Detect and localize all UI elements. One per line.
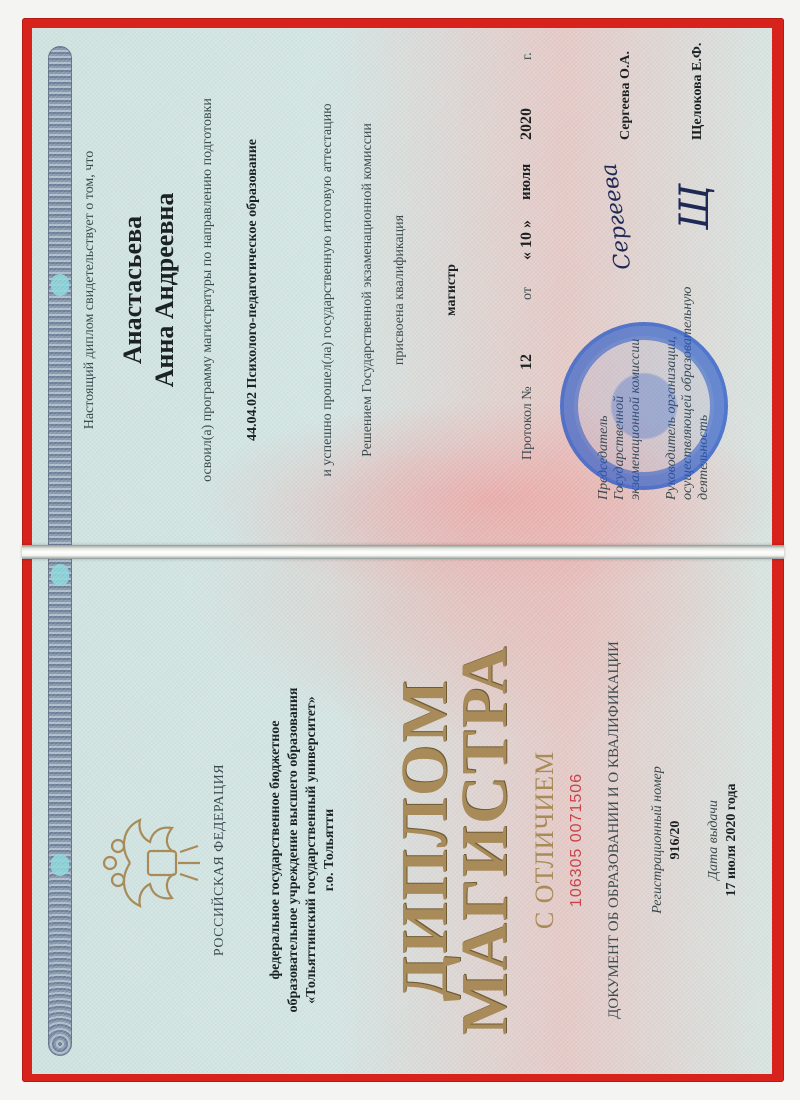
document-type: ДОКУМЕНТ ОБ ОБРАЗОВАНИИ И О КВАЛИФИКАЦИИ [606, 600, 623, 1060]
year-suffix: г. [520, 52, 536, 60]
diploma-scan: РОССИЙСКАЯ ФЕДЕРАЦИЯ федеральное государ… [0, 0, 800, 1100]
honors-label: С ОТЛИЧИЕМ [530, 680, 560, 1000]
protocol-day: « 10 » [518, 220, 536, 260]
protocol-from: от [520, 287, 536, 300]
mastered-text: освоил(а) программу магистратуры по напр… [200, 60, 216, 520]
issue-date-label: Дата выдачи [706, 720, 722, 960]
binding-cord [22, 545, 784, 559]
head-signature: Щ [672, 184, 718, 230]
protocol-month: июля [518, 164, 535, 200]
chair-name: Сергеева О.А. [618, 51, 634, 140]
registration-label: Регистрационный номер [650, 720, 666, 960]
protocol-label: Протокол № [520, 386, 536, 460]
program-name: 44.04.02 Психолого-педагогическое образо… [245, 60, 261, 520]
diploma-title-line-2: МАГИСТРА [452, 620, 518, 1060]
attestation-text: и успешно прошел(ла) государственную ито… [320, 60, 336, 520]
recipient-given-names: Анна Андреевна [150, 80, 180, 500]
institution-line-2: образовательное учреждение высшего образ… [286, 650, 302, 1050]
protocol-year: 2020 [518, 108, 536, 140]
issue-date: 17 июля 2020 года [724, 720, 740, 960]
intro-text: Настоящий диплом свидетельствует о том, … [82, 80, 98, 500]
qualification: магистр [444, 60, 460, 520]
double-headed-eagle-emblem-icon [100, 808, 210, 918]
serial-number: 106305 0071506 [568, 710, 586, 970]
country-name: РОССИЙСКАЯ ФЕДЕРАЦИЯ [212, 740, 228, 980]
recipient-surname: Анастасьева [118, 80, 148, 500]
institution-line-3: «Тольяттинский государственный университ… [304, 650, 320, 1050]
diploma-spread: РОССИЙСКАЯ ФЕДЕРАЦИЯ федеральное государ… [0, 0, 800, 1100]
institution-city: г.о. Тольятти [322, 650, 338, 1050]
official-seal-stamp-icon [560, 322, 728, 490]
protocol-number: 12 [518, 354, 536, 370]
institution-line-1: федеральное государственное бюджетное [268, 650, 284, 1050]
head-name: Щелокова Е.Ф. [690, 43, 706, 140]
qualification-awarded-text: присвоена квалификация [392, 60, 408, 520]
registration-number: 916/20 [668, 720, 684, 960]
commission-decision: Решением Государственной экзаменационной… [360, 60, 376, 520]
